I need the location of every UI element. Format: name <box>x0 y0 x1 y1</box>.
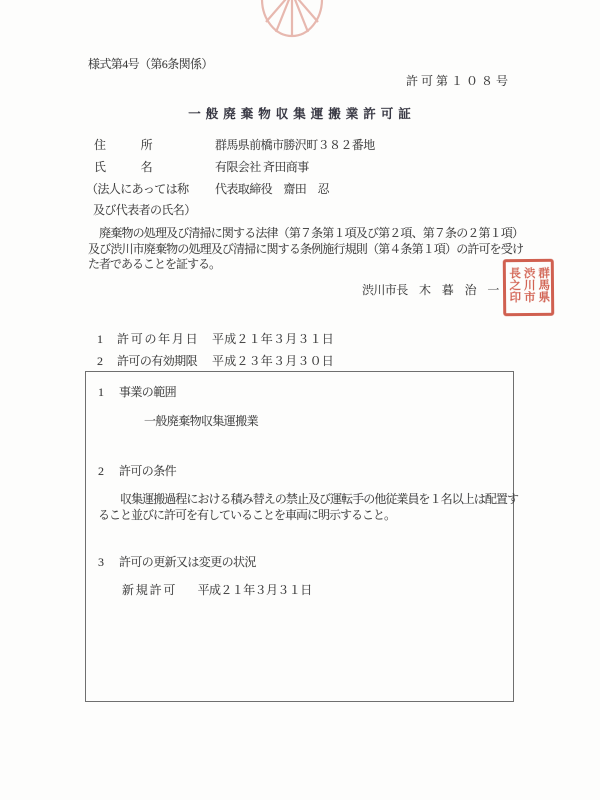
name-label: 氏名 <box>94 160 152 174</box>
section-renewal-heading: 3許可の更新又は変更の状況 <box>98 555 256 569</box>
section-heading: 事業の範囲 <box>119 385 176 399</box>
mayor-seal-stamp-icon: 群馬県渋川市長之印 <box>503 259 554 316</box>
conditions-content: 収集運搬過程における積み替えの禁止及び運転手の他従業員を１名以上は配置すること並… <box>98 491 518 523</box>
section-number: 2 <box>98 464 108 478</box>
holder-address-row: 住所 <box>94 138 152 152</box>
permit-date-label: 許可の年月日 <box>117 332 197 346</box>
round-stamp-icon <box>259 0 325 40</box>
business-scope-content: 一般廃棄物収集運搬業 <box>144 414 258 428</box>
permit-expiry-row: 2許可の有効期限平成２３年３月３０日 <box>97 354 334 368</box>
address-label: 住所 <box>94 138 152 152</box>
certification-text: 廃棄物の処理及び清掃に関する法律（第７条第１項及び第２項、第７条の２第１項）及び… <box>88 226 523 273</box>
details-box: 1事業の範囲 一般廃棄物収集運搬業 2許可の条件 収集運搬過程における積み替えの… <box>85 371 514 702</box>
row-number: 2 <box>97 354 106 368</box>
permit-number: 許可第１０８号 <box>406 74 511 88</box>
seal-text: 群馬県渋川市長之印 <box>507 266 551 308</box>
scanned-permit-document: 様式第4号（第6条関係） 許可第１０８号 一般廃棄物収集運搬業許可証 住所 群馬… <box>0 0 600 800</box>
holder-representative: 代表取締役 齋田 忍 <box>215 182 329 196</box>
section-conditions-heading: 2許可の条件 <box>98 464 176 478</box>
section-number: 1 <box>98 385 108 399</box>
section-heading: 許可の条件 <box>119 464 176 478</box>
section-heading: 許可の更新又は変更の状況 <box>119 555 256 569</box>
permit-date-row: 1許可の年月日平成２１年３月３１日 <box>97 332 334 346</box>
renewal-content: 新 規 許 可 平成２１年３月３１日 <box>122 583 312 597</box>
document-title: 一般廃棄物収集運搬業許可証 <box>2 104 600 122</box>
permit-expiry-value: 平成２３年３月３０日 <box>212 354 334 368</box>
corp-note-open: （法人にあっては称 <box>86 182 188 196</box>
issuer-name: 渋川市長 木 暮 治 一 <box>362 283 499 297</box>
permit-date-value: 平成２１年３月３１日 <box>212 332 334 346</box>
holder-address-value: 群馬県前橋市勝沢町３８２番地 <box>215 138 375 152</box>
corp-note-close: 及び代表者の氏名） <box>93 203 196 217</box>
holder-name-value: 有限会社 斉田商事 <box>215 160 309 174</box>
holder-name-row: 氏名 <box>94 160 152 174</box>
section-number: 3 <box>98 555 108 569</box>
permit-expiry-label: 許可の有効期限 <box>117 354 197 368</box>
form-number-label: 様式第4号（第6条関係） <box>88 57 213 71</box>
row-number: 1 <box>97 332 106 346</box>
section-business-scope-heading: 1事業の範囲 <box>98 385 176 399</box>
